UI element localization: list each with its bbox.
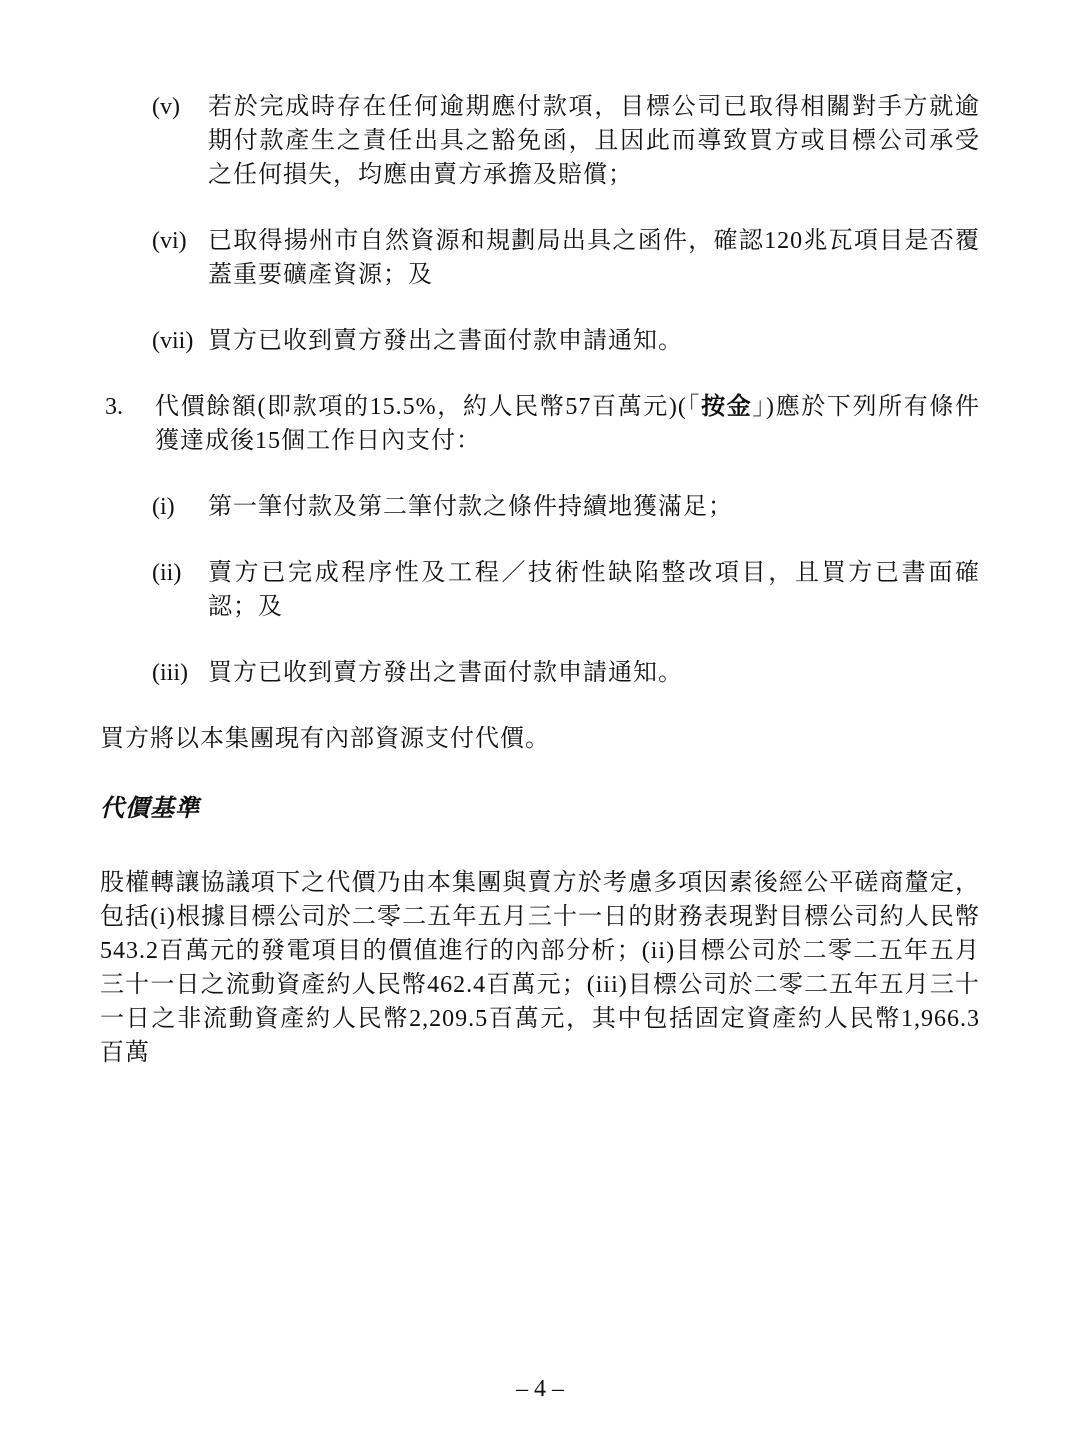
page-number: – 4 –: [0, 1372, 1080, 1406]
document-page: (v) 若於完成時存在任何逾期應付款項，目標公司已取得相關對手方就逾期付款產生之…: [0, 0, 1080, 1440]
condition-item-vii: (vii) 買方已收到賣方發出之書面付款申請通知。: [152, 324, 980, 358]
condition-marker: (i): [152, 490, 208, 524]
condition-text: 第一筆付款及第二筆付款之條件持續地獲滿足；: [208, 490, 980, 524]
condition-marker: (iii): [152, 656, 208, 690]
subcondition-item-iii: (iii) 買方已收到賣方發出之書面付款申請通知。: [152, 656, 980, 690]
condition-item-vi: (vi) 已取得揚州市自然資源和規劃局出具之函件，確認120兆瓦項目是否覆蓋重要…: [152, 224, 980, 292]
condition-text: 賣方已完成程序性及工程／技術性缺陷整改項目，且買方已書面確認；及: [208, 556, 980, 624]
defined-term: 按金: [701, 394, 752, 420]
condition-text: 已取得揚州市自然資源和規劃局出具之函件，確認120兆瓦項目是否覆蓋重要礦產資源；…: [208, 224, 980, 292]
clause-number: 3.: [100, 390, 155, 458]
clause-text: 代價餘額(即款項的15.5%，約人民幣57百萬元)(「按金」)應於下列所有條件獲…: [155, 390, 980, 458]
section-heading: 代價基準: [100, 792, 980, 826]
condition-text: 買方已收到賣方發出之書面付款申請通知。: [208, 656, 980, 690]
document-content: (v) 若於完成時存在任何逾期應付款項，目標公司已取得相關對手方就逾期付款產生之…: [100, 90, 980, 1070]
condition-text: 買方已收到賣方發出之書面付款申請通知。: [208, 324, 980, 358]
payment-paragraph: 買方將以本集團現有內部資源支付代價。: [100, 722, 980, 756]
condition-marker: (v): [152, 90, 208, 192]
subcondition-item-ii: (ii) 賣方已完成程序性及工程／技術性缺陷整改項目，且買方已書面確認；及: [152, 556, 980, 624]
clause-3: 3. 代價餘額(即款項的15.5%，約人民幣57百萬元)(「按金」)應於下列所有…: [100, 390, 980, 458]
condition-item-v: (v) 若於完成時存在任何逾期應付款項，目標公司已取得相關對手方就逾期付款產生之…: [152, 90, 980, 192]
clause-text-before: 代價餘額(即款項的15.5%，約人民幣57百萬元)(「: [155, 394, 701, 420]
condition-marker: (vii): [152, 324, 208, 358]
condition-marker: (ii): [152, 556, 208, 624]
condition-marker: (vi): [152, 224, 208, 292]
condition-text: 若於完成時存在任何逾期應付款項，目標公司已取得相關對手方就逾期付款產生之責任出具…: [208, 90, 980, 192]
subcondition-item-i: (i) 第一筆付款及第二筆付款之條件持續地獲滿足；: [152, 490, 980, 524]
basis-paragraph: 股權轉讓協議項下之代價乃由本集團與賣方於考慮多項因素後經公平磋商釐定，包括(i)…: [100, 866, 980, 1070]
